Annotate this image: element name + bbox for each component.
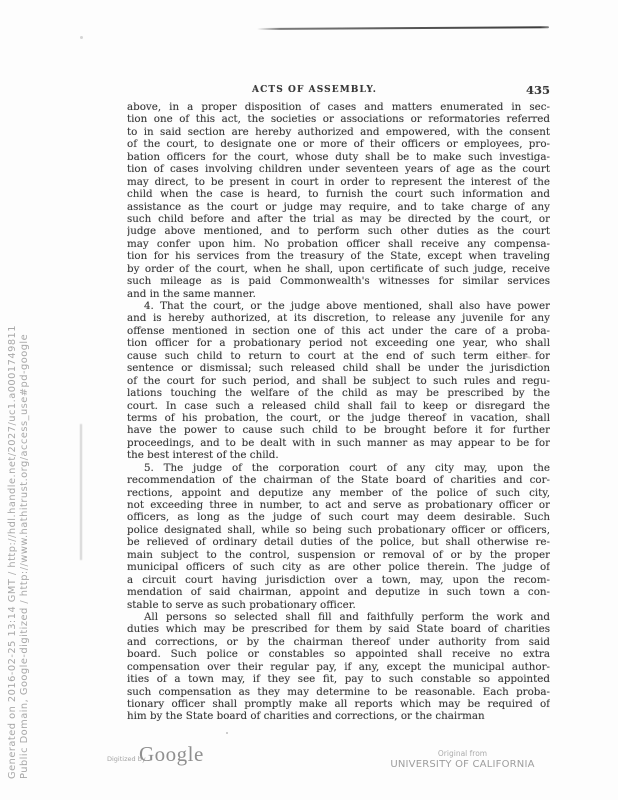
institution-label: UNIVERSITY OF CALIFORNIA (390, 759, 535, 770)
google-logo: Google (139, 742, 204, 767)
text-line: tion officer for a probationary period n… (127, 337, 550, 349)
text-line: compensation over their regular pay, if … (127, 661, 550, 673)
text-line: offense mentioned in section one of this… (127, 325, 550, 337)
original-from-label: Original from (390, 749, 535, 758)
text-line: police designated shall, while so being … (127, 524, 550, 536)
text-line: tion for his services from the treasury … (127, 250, 550, 262)
text-line: such child before and after the trial as… (127, 213, 550, 225)
text-line: cause such child to return to court at t… (127, 350, 550, 362)
text-line: not exceeding three in number, to act an… (127, 499, 550, 511)
text-line: officers, as long as the judge of such c… (127, 511, 550, 523)
text-line: by order of the court, when he shall, up… (127, 263, 550, 275)
text-line: him by the State board of charities and … (127, 710, 550, 722)
text-line: above, in a proper disposition of cases … (127, 101, 550, 113)
text-line: court. In case such a released child sha… (127, 400, 550, 412)
text-block: above, in a proper disposition of cases … (127, 101, 550, 723)
text-line: mendation of said chairman, appoint and … (127, 586, 550, 598)
text-line: board. Such police or constables so appo… (127, 648, 550, 660)
scan-artifact-speck (226, 732, 228, 734)
paragraph: All persons so selected shall fill and f… (127, 611, 550, 723)
text-line: the best interest of the child. (127, 449, 550, 461)
text-line: tion of cases involving children under s… (127, 163, 550, 175)
text-line: tionary officer shall promptly make all … (127, 698, 550, 710)
text-line: to in said section are hereby authorized… (127, 126, 550, 138)
text-line: main subject to the control, suspension … (127, 549, 550, 561)
text-line: may direct, to be present in court in or… (127, 176, 550, 188)
scan-artifact-line (257, 26, 549, 29)
text-line: ities of a town may, if they see fit, pa… (127, 673, 550, 685)
text-line: duties which may be prescribed for them … (127, 623, 550, 635)
text-line: assistance as the court or judge may req… (127, 201, 550, 213)
page-number: 435 (127, 83, 550, 97)
text-line: judge above mentioned, and to perform su… (127, 225, 550, 237)
paragraph: 4. That the court, or the judge above me… (127, 300, 550, 462)
watermark-publicdomain-line: Public Domain, Google-digitized / http:/… (19, 334, 30, 779)
text-line: child when the case is heard, to furnish… (127, 188, 550, 200)
text-line: terms of his probation, the court, or th… (127, 412, 550, 424)
paragraph: above, in a proper disposition of cases … (127, 101, 550, 300)
text-line: such mileage as is paid Commonwealth's w… (127, 275, 550, 287)
text-line: municipal officers of such city as are o… (127, 561, 550, 573)
text-line: and in the same manner. (127, 288, 550, 300)
text-line: tion one of this act, the societies or a… (127, 113, 550, 125)
text-line: of the court, to designate one or more o… (127, 138, 550, 150)
text-line: bation officers for the court, whose dut… (127, 151, 550, 163)
scan-artifact-speck (80, 36, 83, 39)
scanned-book-page: Generated on 2016-02-25 13:14 GMT / http… (0, 0, 618, 800)
origin-block: Original from UNIVERSITY OF CALIFORNIA (390, 749, 535, 770)
text-line: a circuit court having jurisdiction over… (127, 574, 550, 586)
text-line: such compensation as they may determine … (127, 686, 550, 698)
watermark-generated-line: Generated on 2016-02-25 13:14 GMT / http… (7, 325, 18, 779)
text-line: stable to serve as such probationary off… (127, 599, 550, 611)
text-line: proceedings, and to be dealt with in suc… (127, 437, 550, 449)
text-line: be relieved of ordinary detail duties of… (127, 536, 550, 548)
text-line: and corrections, or by the chairman ther… (127, 636, 550, 648)
paragraph: 5. The judge of the corporation court of… (127, 462, 550, 611)
scan-artifact-smudge (80, 424, 82, 560)
text-line: of the court for such period, and shall … (127, 375, 550, 387)
text-line: and is hereby authorized, at its discret… (127, 312, 550, 324)
text-line: lations touching the welfare of the chil… (127, 387, 550, 399)
text-line: have the power to cause such child to be… (127, 424, 550, 436)
text-line: 4. That the court, or the judge above me… (127, 300, 550, 312)
text-line: 5. The judge of the corporation court of… (127, 462, 550, 474)
text-line: sentence or dismissal; such released chi… (127, 362, 550, 374)
text-line: All persons so selected shall fill and f… (127, 611, 550, 623)
text-line: rections, appoint and deputize any membe… (127, 487, 550, 499)
text-line: recommendation of the chairman of the St… (127, 474, 550, 486)
text-line: may confer upon him. No probation office… (127, 238, 550, 250)
